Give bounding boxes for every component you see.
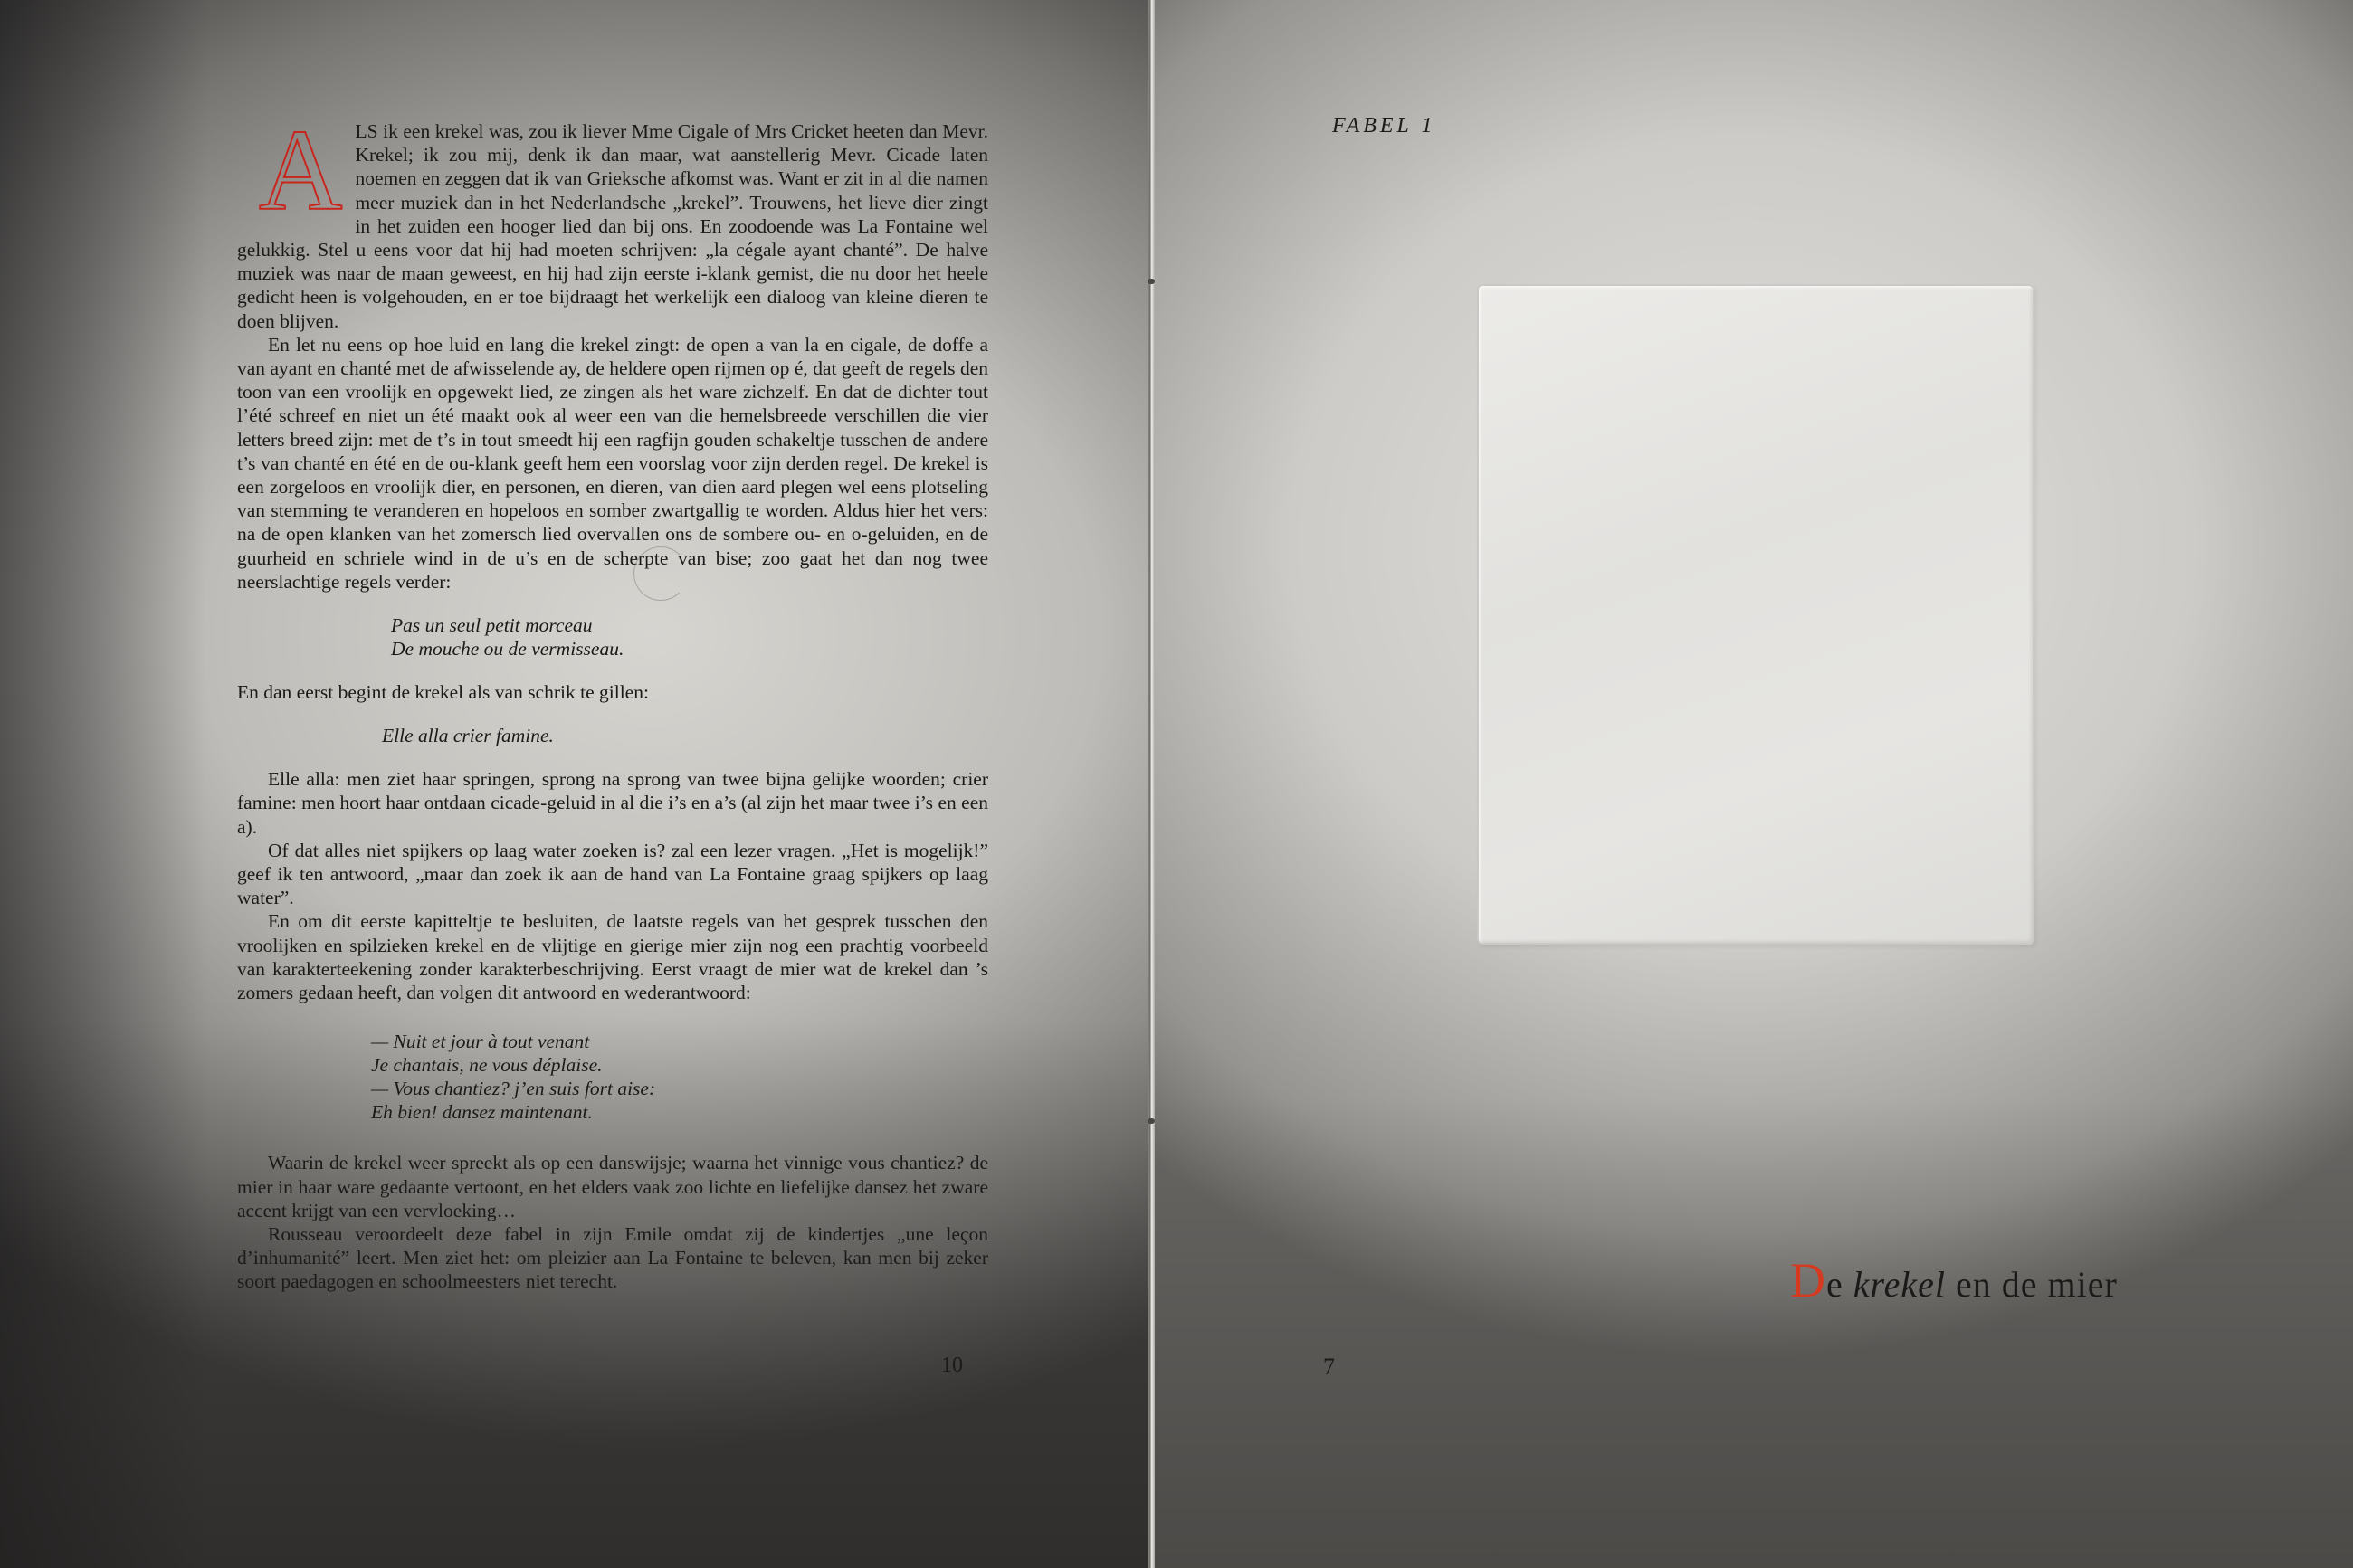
page-number-left: 10	[941, 1354, 963, 1378]
pencil-mark	[633, 546, 688, 601]
book-spread: ALS ik een krekel was, zou ik liever Mme…	[0, 0, 2353, 1568]
paragraph-5: Of dat alles niet spijkers op laag water…	[237, 839, 988, 910]
paragraph-3: En dan eerst begint de krekel als van sc…	[237, 680, 988, 704]
essay-text: ALS ik een krekel was, zou ik liever Mme…	[237, 119, 988, 1294]
paragraph-8: Rousseau veroordeelt deze fabel in zijn …	[237, 1222, 988, 1294]
drop-cap-a: A	[259, 123, 342, 221]
embossed-plate	[1477, 284, 2034, 945]
book-gutter	[1148, 0, 1155, 1568]
paragraph-7: Waarin de krekel weer spreekt als op een…	[237, 1151, 988, 1222]
binding-stitch	[1148, 279, 1155, 284]
fable-title: De krekel en de mier	[1790, 1252, 2118, 1308]
paragraph-2: En let nu eens op hoe luid en lang die k…	[237, 333, 988, 594]
paragraph-4: Elle alla: men ziet haar springen, spron…	[237, 767, 988, 839]
left-page: ALS ik een krekel was, zou ik liever Mme…	[0, 0, 1149, 1568]
paragraph-1: ALS ik een krekel was, zou ik liever Mme…	[237, 119, 988, 333]
page-number-right: 7	[1323, 1354, 1335, 1381]
verse-quote-3: — Nuit et jour à tout venant Je chantais…	[237, 1030, 988, 1124]
chapter-header: FABEL 1	[1332, 114, 1435, 138]
verse-quote-2: Elle alla crier famine.	[237, 724, 988, 747]
verse-quote-1: Pas un seul petit morceau De mouche ou d…	[237, 613, 988, 660]
title-initial: D	[1790, 1253, 1826, 1307]
paragraph-6: En om dit eerste kapitteltje te besluite…	[237, 909, 988, 1004]
binding-stitch	[1148, 1118, 1155, 1124]
